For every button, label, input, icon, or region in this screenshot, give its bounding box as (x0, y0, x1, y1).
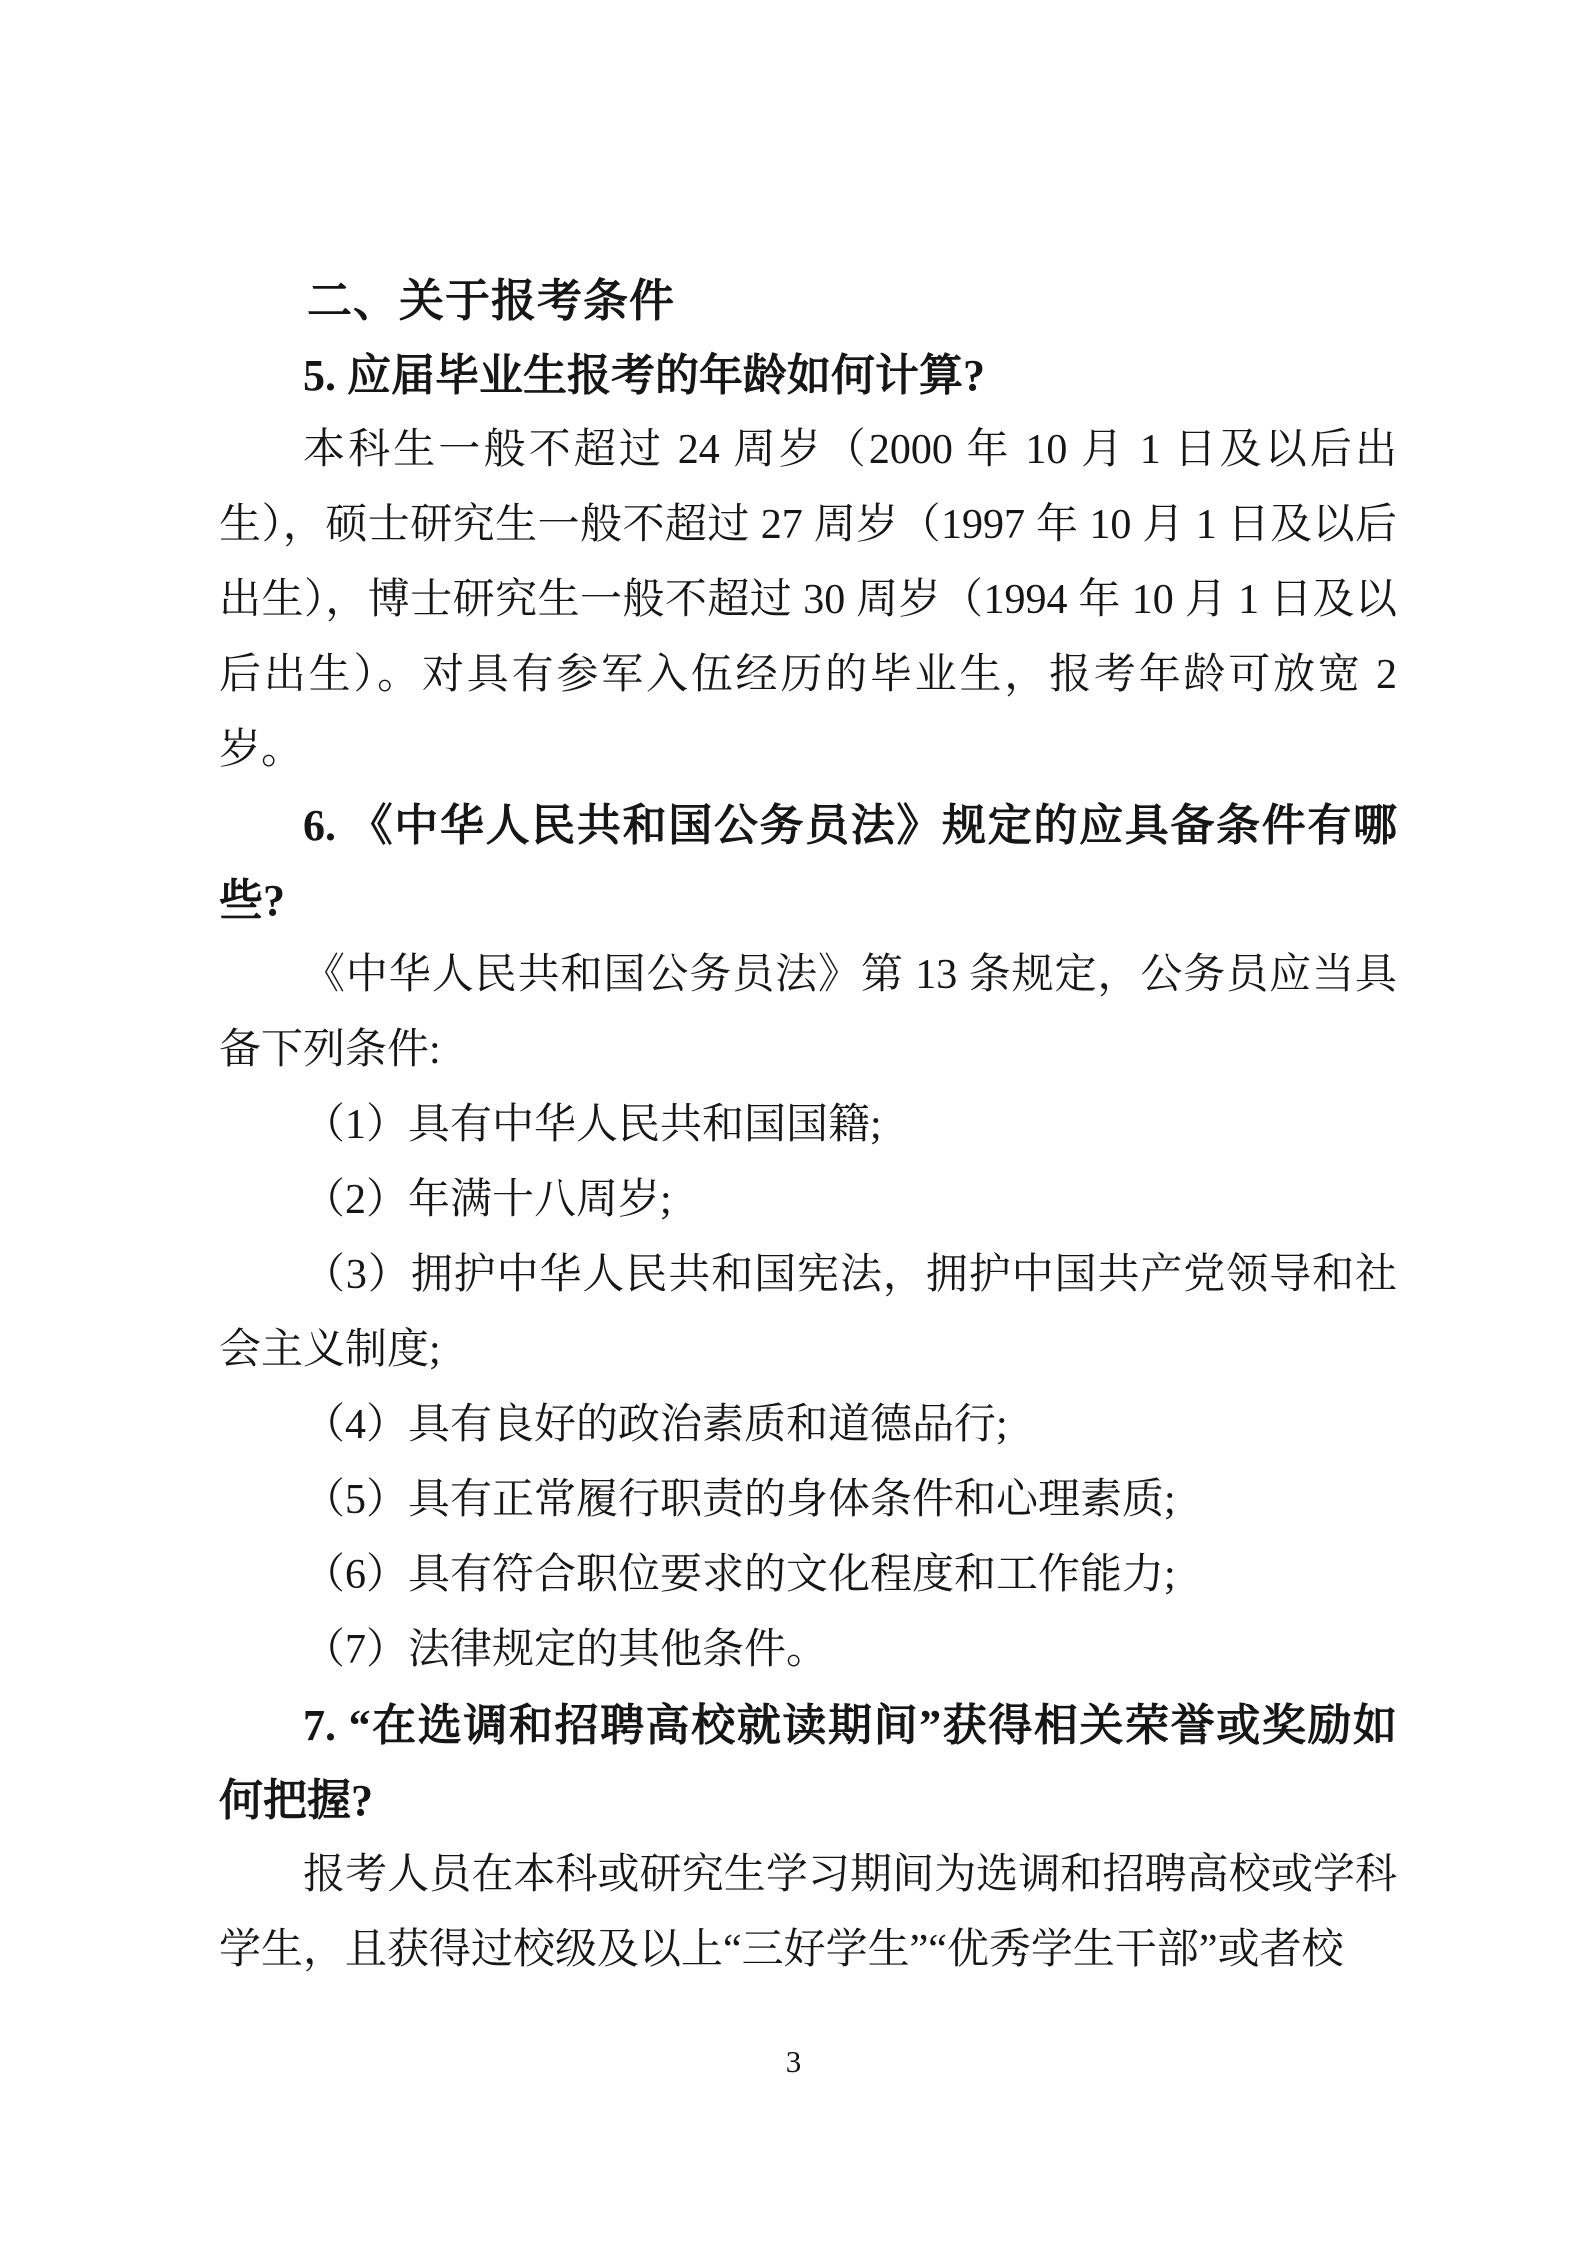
question-6-heading: 6. 《中华人民共和国公务员法》规定的应具备条件有哪些? (219, 788, 1397, 938)
page-number: 3 (0, 2042, 1587, 2082)
question-7-answer-paragraph: 报考人员在本科或研究生学习期间为选调和招聘高校或学科学生，且获得过校级及以上“三… (219, 1838, 1397, 1988)
document-body: 二、关于报考条件 5. 应届毕业生报考的年龄如何计算? 本科生一般不超过 24 … (219, 263, 1397, 1988)
condition-list-item-5: （5）具有正常履行职责的身体条件和心理素质; (219, 1463, 1397, 1538)
condition-list-item-1: （1）具有中华人民共和国国籍; (219, 1088, 1397, 1163)
condition-list-item-4: （4）具有良好的政治素质和道德品行; (219, 1388, 1397, 1463)
question-5-heading: 5. 应届毕业生报考的年龄如何计算? (219, 338, 1397, 413)
document-page: { "colors": { "background": "#ffffff", "… (0, 0, 1587, 2245)
condition-list-item-3: （3）拥护中华人民共和国宪法，拥护中国共产党领导和社会主义制度; (219, 1238, 1397, 1388)
condition-list-item-7: （7）法律规定的其他条件。 (219, 1613, 1397, 1688)
condition-list-item-2: （2）年满十八周岁; (219, 1163, 1397, 1238)
condition-list-item-6: （6）具有符合职位要求的文化程度和工作能力; (219, 1538, 1397, 1613)
question-6-intro-paragraph: 《中华人民共和国公务员法》第 13 条规定，公务员应当具备下列条件: (219, 938, 1397, 1088)
question-5-answer-paragraph: 本科生一般不超过 24 周岁（2000 年 10 月 1 日及以后出生），硕士研… (219, 413, 1397, 788)
question-7-heading: 7. “在选调和招聘高校就读期间”获得相关荣誉或奖励如何把握? (219, 1688, 1397, 1838)
section-heading: 二、关于报考条件 (219, 263, 1397, 338)
